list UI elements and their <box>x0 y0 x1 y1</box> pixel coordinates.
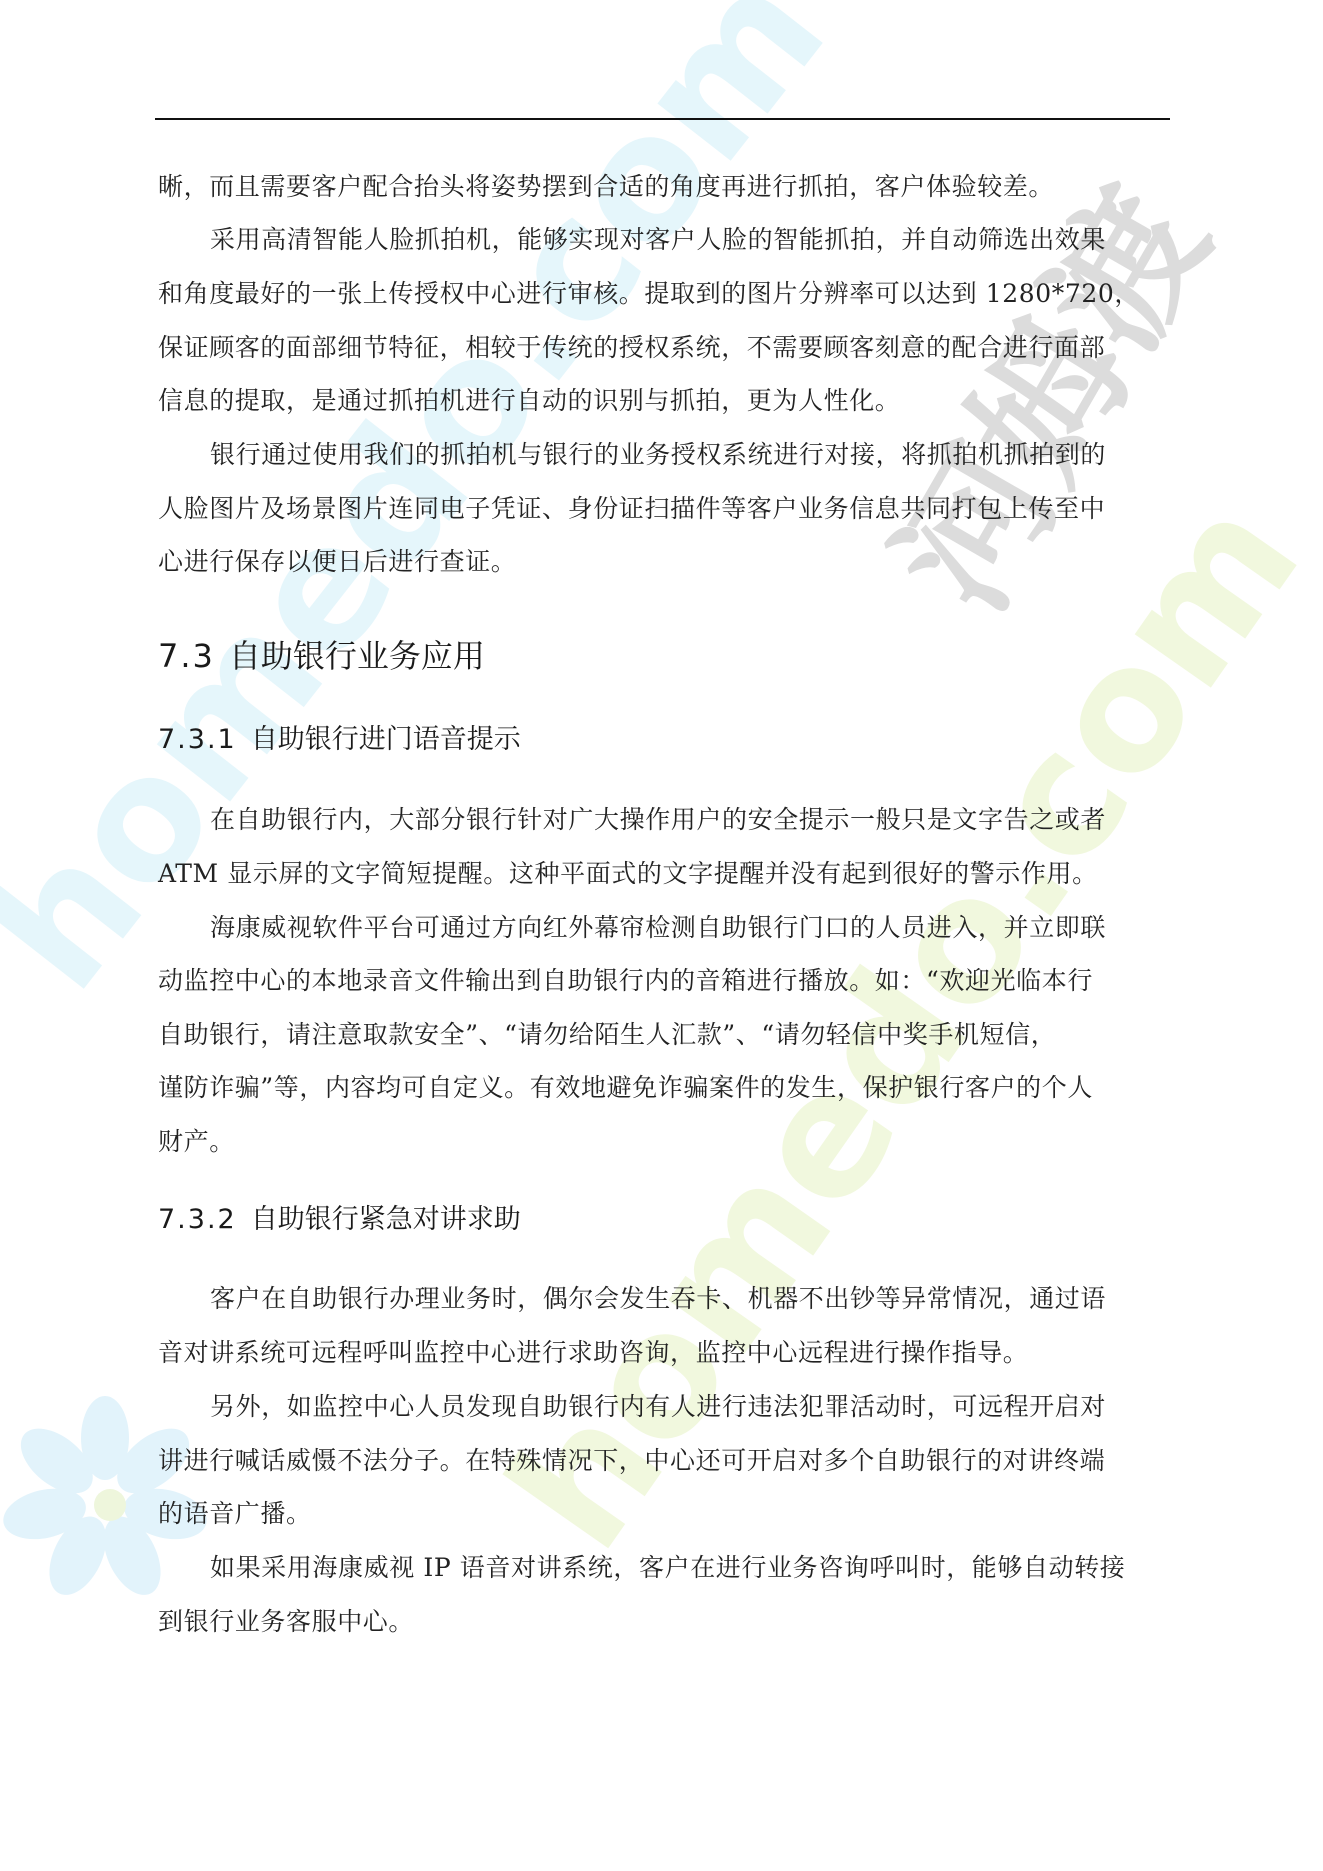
paragraph-line: 在自助银行内，大部分银行针对广大操作用户的安全提示一般只是文字告之或者 <box>210 805 1106 835</box>
section-title: 自助银行业务应用 <box>229 637 485 675</box>
paragraph-line: ATM 显示屏的文字简短提醒。这种平面式的文字提醒并没有起到很好的警示作用。 <box>158 859 1098 889</box>
section-heading-7-3-1: 7.3.1自助银行进门语音提示 <box>158 723 521 757</box>
section-heading-7-3-2: 7.3.2自助银行紧急对讲求助 <box>158 1203 521 1237</box>
paragraph-line: 自助银行，请注意取款安全”、“请勿给陌生人汇款”、“请勿轻信中奖手机短信， <box>158 1020 1056 1050</box>
paragraph-line: 财产。 <box>158 1127 235 1157</box>
paragraph-line: 保证顾客的面部细节特征，相较于传统的授权系统，不需要顾客刻意的配合进行面部 <box>158 333 1105 363</box>
section-title: 自助银行紧急对讲求助 <box>251 1204 521 1235</box>
paragraph-line: 晰，而且需要客户配合抬头将姿势摆到合适的角度再进行抓拍，客户体验较差。 <box>158 172 1054 202</box>
paragraph-line: 信息的提取，是通过抓拍机进行自动的识别与抓拍，更为人性化。 <box>158 386 900 416</box>
section-title: 自助银行进门语音提示 <box>251 724 521 755</box>
paragraph-line: 谨防诈骗”等，内容均可自定义。有效地避免诈骗案件的发生，保护银行客户的个人 <box>158 1073 1093 1103</box>
document-page: 晰，而且需要客户配合抬头将姿势摆到合适的角度再进行抓拍，客户体验较差。 采用高清… <box>0 0 1323 1871</box>
section-heading-7-3: 7.3自助银行业务应用 <box>158 636 485 676</box>
paragraph-line: 心进行保存以便日后进行查证。 <box>158 547 516 577</box>
header-rule <box>155 118 1170 120</box>
paragraph-line: 讲进行喊话威慑不法分子。在特殊情况下，中心还可开启对多个自助银行的对讲终端 <box>158 1446 1105 1476</box>
paragraph-line: 银行通过使用我们的抓拍机与银行的业务授权系统进行对接，将抓拍机抓拍到的 <box>210 440 1106 470</box>
paragraph-line: 和角度最好的一张上传授权中心进行审核。提取到的图片分辨率可以达到 1280*72… <box>158 279 1140 309</box>
paragraph-line: 的语音广播。 <box>158 1499 312 1529</box>
paragraph-line: 采用高清智能人脸抓拍机，能够实现对客户人脸的智能抓拍，并自动筛选出效果 <box>210 225 1106 255</box>
paragraph-line: 到银行业务客服中心。 <box>158 1607 414 1637</box>
section-number: 7.3 <box>158 637 215 675</box>
paragraph-line: 动监控中心的本地录音文件输出到自助银行内的音箱进行播放。如：“欢迎光临本行 <box>158 966 1093 996</box>
paragraph-line: 客户在自助银行办理业务时，偶尔会发生吞卡、机器不出钞等异常情况，通过语 <box>210 1284 1106 1314</box>
paragraph-line: 另外，如监控中心人员发现自助银行内有人进行违法犯罪活动时，可远程开启对 <box>210 1392 1106 1422</box>
paragraph-line: 如果采用海康威视 IP 语音对讲系统，客户在进行业务咨询呼叫时，能够自动转接 <box>210 1553 1125 1583</box>
paragraph-line: 音对讲系统可远程呼叫监控中心进行求助咨询，监控中心远程进行操作指导。 <box>158 1338 1028 1368</box>
section-number: 7.3.1 <box>158 724 237 755</box>
paragraph-line: 人脸图片及场景图片连同电子凭证、身份证扫描件等客户业务信息共同打包上传至中 <box>158 494 1105 524</box>
paragraph-line: 海康威视软件平台可通过方向红外幕帘检测自助银行门口的人员进入，并立即联 <box>210 913 1106 943</box>
section-number: 7.3.2 <box>158 1204 237 1235</box>
